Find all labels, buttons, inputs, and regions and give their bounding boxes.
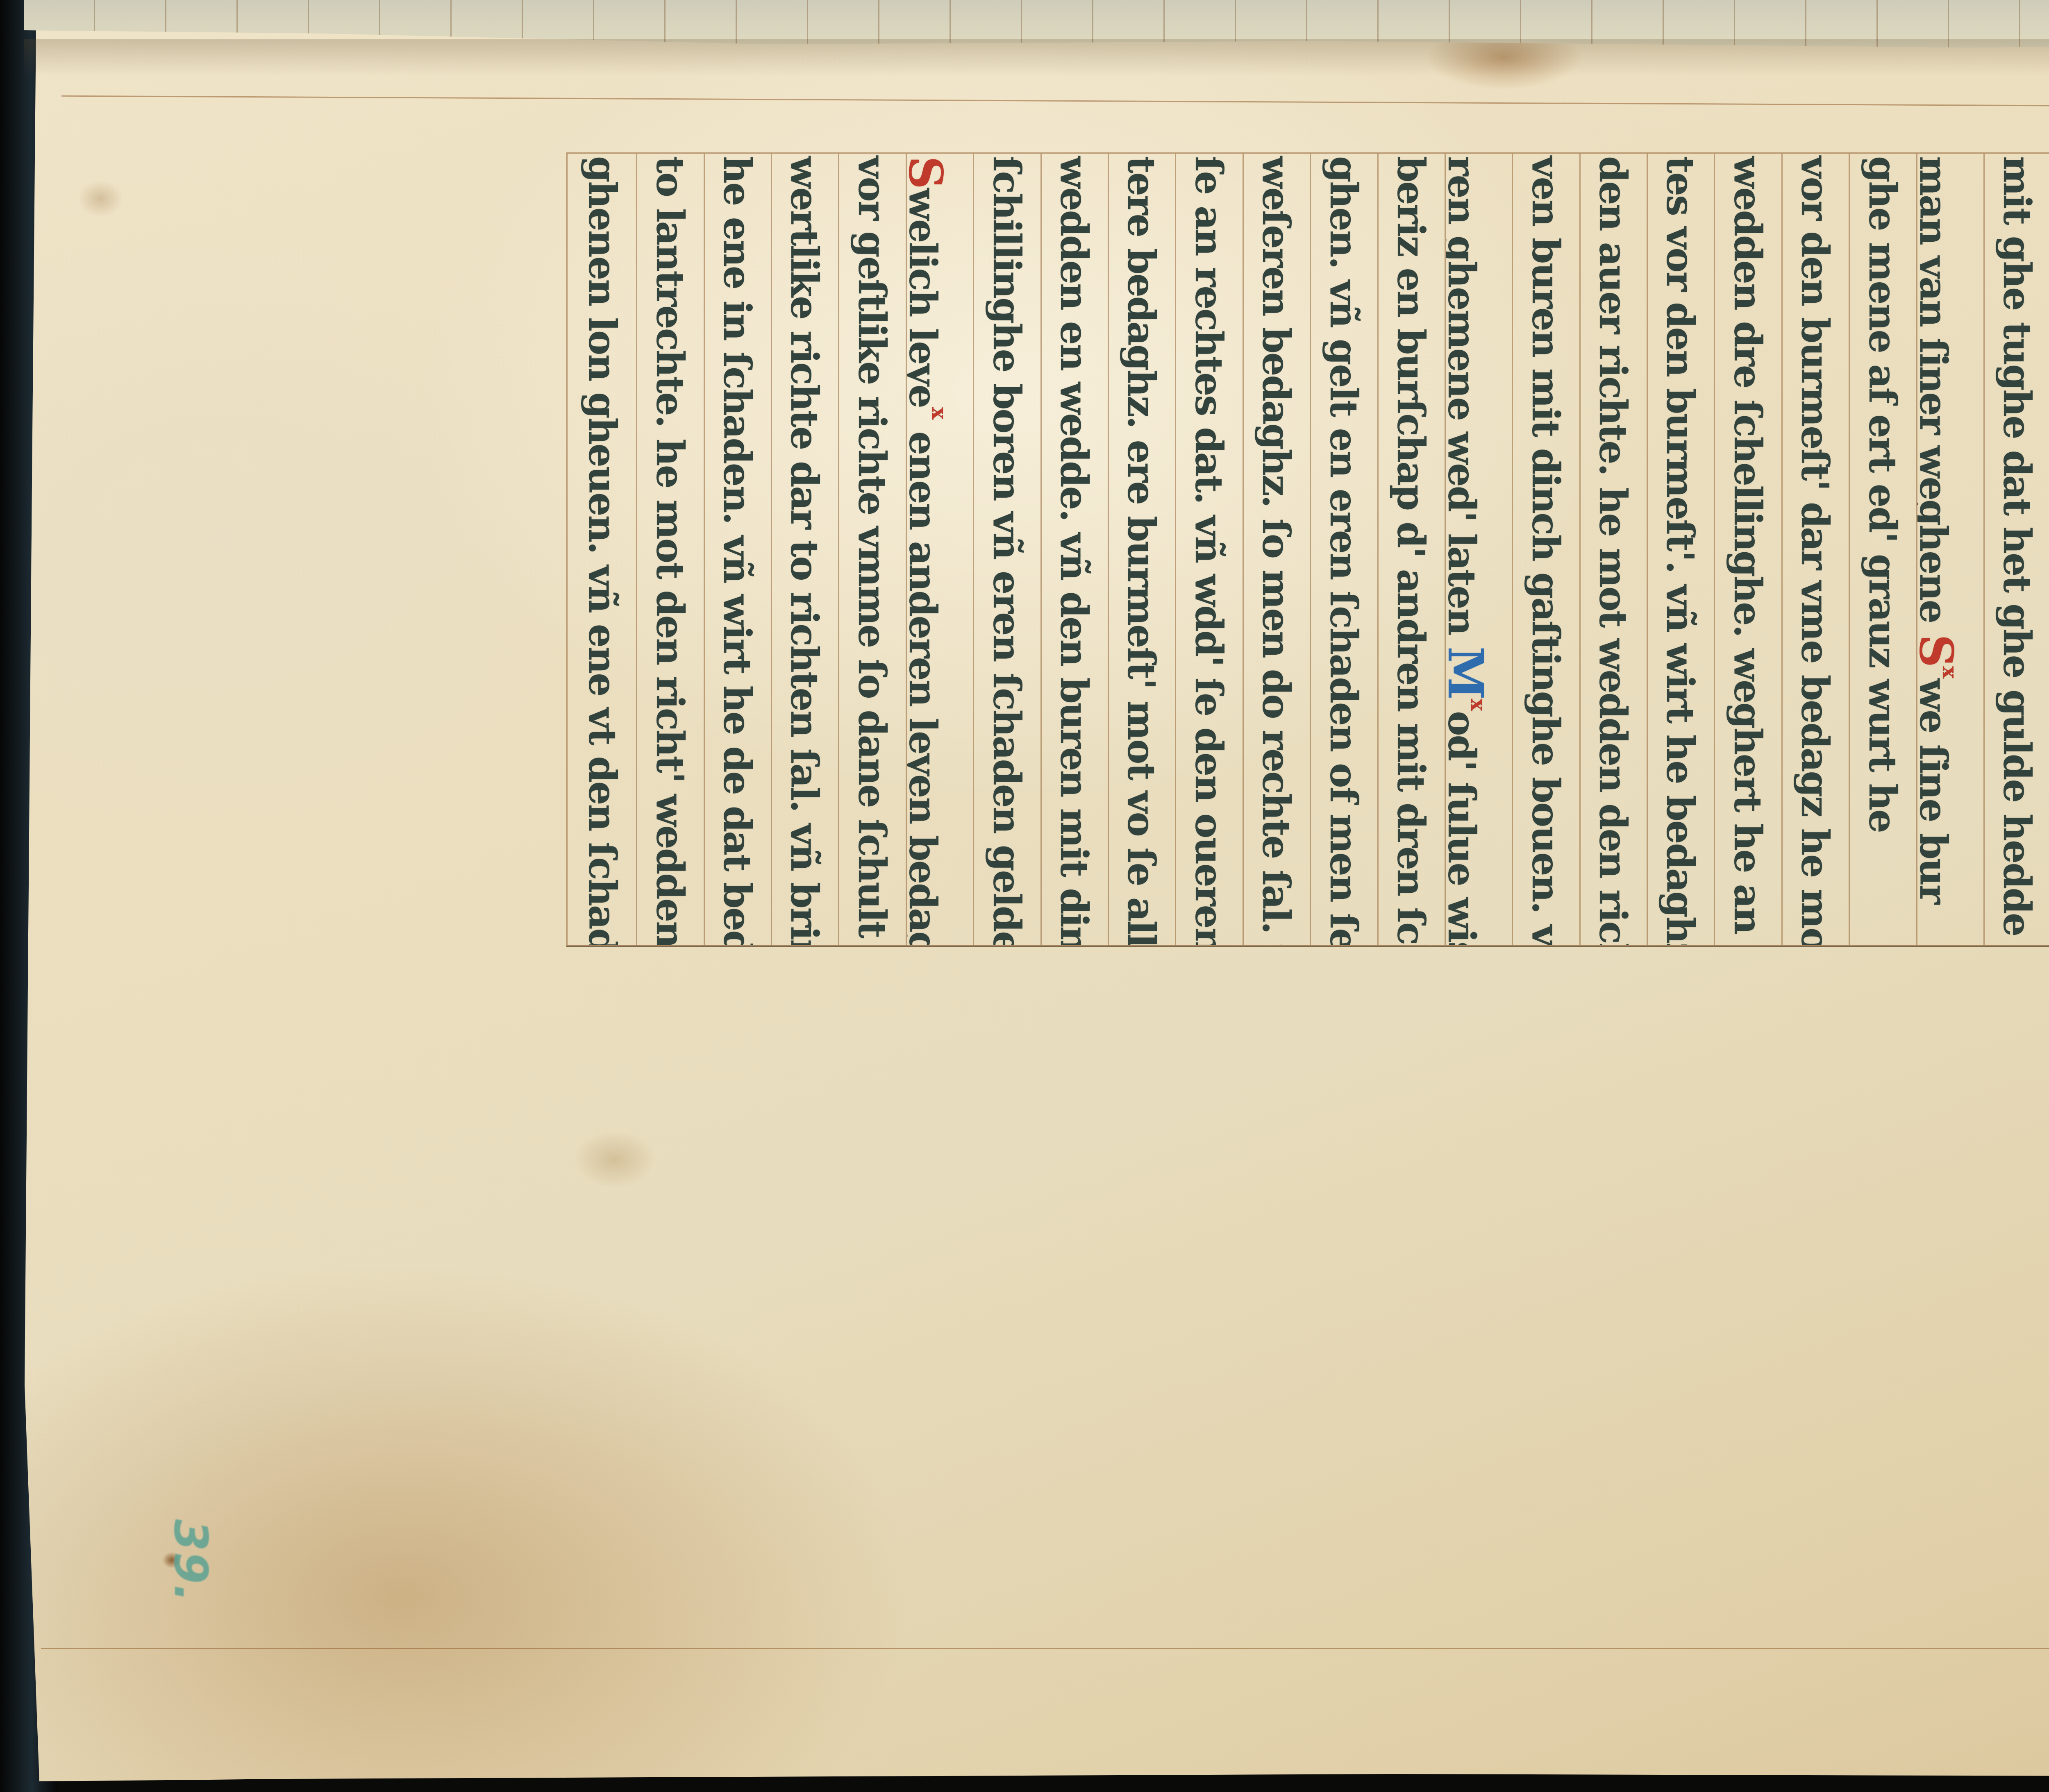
text-line: Swelich leyex enen anderen leyen bedagz (906, 154, 973, 945)
manuscript-photo: ene mach her wol bringhen dat her vorgul… (0, 0, 2049, 1792)
text-line: ſchillinghe boren vñ eren ſchaden gelden… (973, 154, 1040, 945)
line-text: tere bedaghz. ere burmeſt' mot vo ſe all… (1119, 156, 1163, 945)
ruling-lower (41, 1648, 2049, 1649)
text-line: tere bedaghz. ere burmeſt' mot vo ſe all… (1108, 154, 1175, 945)
line-text: ren ghemene wed' laten (1445, 156, 1484, 646)
text-line: man van ſiner weghene Sxwe ſine bur (1916, 154, 1983, 945)
red-superscript-mark: x (927, 407, 952, 420)
lombard-initial: S (906, 156, 952, 188)
line-text: ghen. vñ gelt en eren ſchaden of men ſe … (1322, 156, 1366, 945)
red-superscript-mark: x (1466, 699, 1490, 711)
text-line: vor den burmeſt' dar vme bedagz he mot (1781, 154, 1849, 945)
text-line: he ene in ſchaden. vñ wirt he de dat bed… (704, 154, 771, 945)
line-text: den auer richte. he mot wedden den richt… (1591, 156, 1635, 945)
line-text: od' ſulue wis (1445, 711, 1484, 945)
line-text: tes vor den burmeſt'. vñ wirt he bedaghz… (1658, 156, 1702, 945)
lombard-initial: M (1445, 646, 1494, 699)
line-text: vor geſtlike richte vmme ſo dane ſchult … (850, 156, 894, 945)
stain (574, 1131, 656, 1188)
text-line: wedden dre ſchellinghe. weghert he an re… (1714, 154, 1781, 945)
text-line: beriz en burſchap d' andren mit dren ſch… (1377, 154, 1445, 945)
text-block: ene mach her wol bringhen dat her vorgul… (566, 152, 2049, 946)
line-text: mit ghe tughe dat het ghe gulde hedde ee… (1995, 156, 2039, 945)
line-text: welich leye (906, 188, 945, 407)
line-text: we ſine bur (1916, 678, 1956, 903)
text-line: den auer richte. he mot wedden den richt… (1579, 154, 1647, 945)
line-text: weſeren bedaghz. ſo men do rechte ſal. w… (1254, 156, 1298, 945)
text-line: mit ghe tughe dat het ghe gulde hedde ee… (1983, 154, 2049, 945)
line-text: wedden dre ſchellinghe. weghert he an re… (1726, 156, 1770, 945)
line-text: ghe mene af ert ed' grauz wurt he (1860, 156, 1905, 832)
line-text: to lantrechte. he mot den richt' wedden … (648, 156, 692, 945)
edge-text-fragment: tw (1812, 0, 1884, 54)
edge-text-fragment: ml (1884, 0, 1956, 54)
text-line: ren ghemene wed' laten Mxod' ſulue wis (1445, 154, 1512, 945)
text-line: ſe an rechtes dat. vñ wdd' ſe den oueren… (1175, 154, 1242, 945)
line-text: ven buren mit dinch gaſtinghe bouen. vñ … (1524, 156, 1568, 945)
text-line: ven buren mit dinch gaſtinghe bouen. vñ … (1512, 154, 1579, 945)
stain (78, 180, 123, 217)
line-text: ſchillinghe boren vñ eren ſchaden gelden… (985, 156, 1029, 945)
text-line: wertlike richte dar to richten ſal. vñ b… (771, 154, 838, 945)
text-line: ghen. vñ gelt en eren ſchaden of men ſe … (1310, 154, 1377, 945)
lombard-initial: S (1916, 634, 1963, 666)
parchment-page: ene mach her wol bringhen dat her vorgul… (0, 0, 2049, 1792)
edge-text-fragment: du (1956, 0, 2028, 54)
edge-text-fragment: he (2028, 0, 2049, 54)
text-line: wedden en wedde. vñ den buren mit dinch (1040, 154, 1108, 945)
line-text: wertlike richte dar to richten ſal. vñ b… (782, 156, 827, 945)
line-text: ſe an rechtes dat. vñ wdd' ſe den oueren… (1187, 156, 1231, 945)
text-line: to lantrechte. he mot den richt' wedden … (636, 154, 703, 945)
line-text: vor den burmeſt' dar vme bedagz he mot (1793, 156, 1837, 945)
text-line: vor geſtlike richte vmme ſo dane ſchult … (838, 154, 905, 945)
line-text: wedden en wedde. vñ den buren mit dinch (1052, 156, 1096, 945)
text-line: weſeren bedaghz. ſo men do rechte ſal. w… (1243, 154, 1310, 945)
line-text: ghenen lon gheuen. vñ ene vt den ſchaden (580, 156, 625, 945)
line-text: enen anderen leyen bedagz (906, 420, 945, 945)
red-superscript-mark: x (1938, 666, 1962, 678)
text-line: tes vor den burmeſt'. vñ wirt he bedaghz… (1647, 154, 1714, 945)
line-text: man van ſiner weghene (1916, 156, 1956, 634)
line-text: beriz en burſchap d' andren mit dren ſch… (1389, 156, 1433, 945)
folio-number: 39. (127, 1519, 217, 1617)
line-text: he ene in ſchaden. vñ wirt he de dat bed… (715, 156, 759, 945)
text-line: ghenen lon gheuen. vñ ene vt den ſchaden (569, 154, 636, 945)
text-line: ghe mene af ert ed' grauz wurt he (1849, 154, 1916, 945)
ruling-top-margin (61, 95, 2049, 109)
